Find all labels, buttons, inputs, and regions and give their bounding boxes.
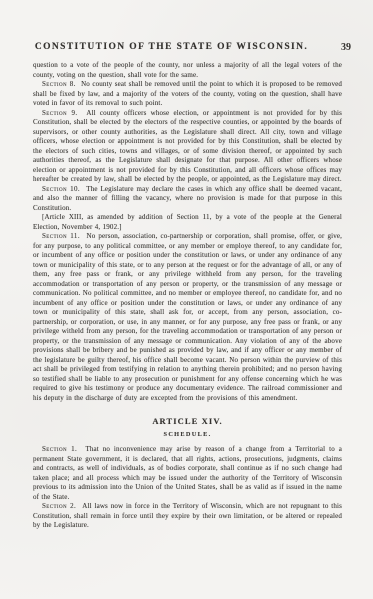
- paragraph-section-8: Section 8.No county seat shall be remove…: [33, 80, 342, 109]
- page-number: 39: [341, 42, 351, 53]
- section-label: Section 9.: [42, 109, 86, 117]
- paragraph-section-11: Section 11.No person, association, co-pa…: [33, 232, 342, 403]
- paragraph-amendment-note: [Article XIII, as amended by addition of…: [33, 213, 342, 232]
- schedule-heading: SCHEDULE.: [33, 431, 342, 438]
- paragraph-schedule-section-1: Section 1.That no inconvenience may aris…: [33, 445, 342, 502]
- paragraph-continuation: question to a vote of the people of the …: [33, 61, 342, 80]
- page-header-title: CONSTITUTION OF THE STATE OF WISCONSIN.: [34, 42, 309, 52]
- scanned-book-page: CONSTITUTION OF THE STATE OF WISCONSIN. …: [0, 0, 373, 599]
- section-label: Section 11.: [42, 232, 87, 240]
- article-heading: ARTICLE XIV.: [33, 416, 342, 426]
- paragraph-schedule-section-2: Section 2.All laws now in force in the T…: [33, 502, 342, 531]
- paragraph-text: All county officers whose election, or a…: [33, 109, 342, 184]
- running-header: CONSTITUTION OF THE STATE OF WISCONSIN. …: [34, 42, 351, 56]
- paragraph-text: question to a vote of the people of the …: [33, 61, 342, 79]
- paragraph-text: [Article XIII, as amended by addition of…: [33, 213, 342, 231]
- paragraph-text: That no inconvenience may arise by reaso…: [33, 445, 342, 501]
- section-label: Section 2.: [42, 502, 82, 510]
- section-label: Section 10.: [42, 185, 86, 193]
- paragraph-section-9: Section 9.All county officers whose elec…: [33, 109, 342, 185]
- paragraph-text: No person, association, co-partnership o…: [33, 232, 342, 402]
- body-text-block: question to a vote of the people of the …: [33, 61, 342, 531]
- section-label: Section 8.: [42, 80, 81, 88]
- section-label: Section 1.: [42, 445, 85, 453]
- paragraph-section-10: Section 10.The Legislature may declare t…: [33, 185, 342, 214]
